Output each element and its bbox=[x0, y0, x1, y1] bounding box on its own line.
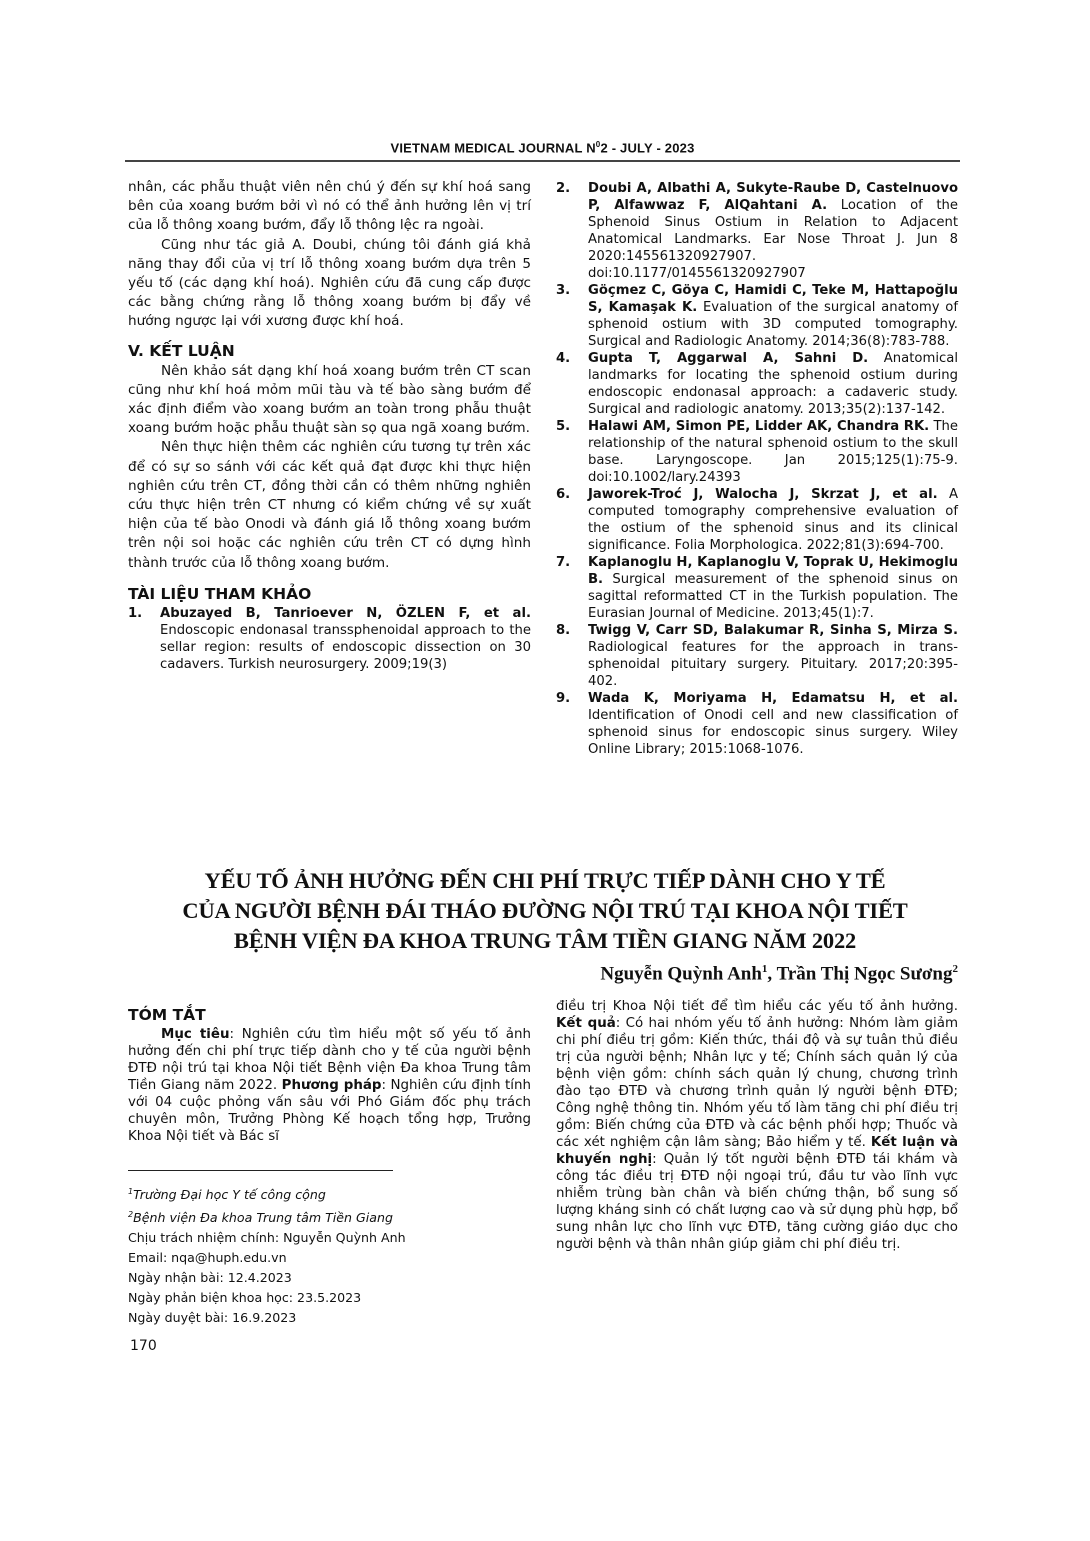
article-title: YẾU TỐ ẢNH HƯỞNG ĐẾN CHI PHÍ TRỰC TIẾP D… bbox=[150, 866, 940, 956]
reference-item: 9. Wada K, Moriyama H, Edamatsu H, et al… bbox=[556, 690, 958, 758]
responsible-author: Chịu trách nhiệm chính: Nguyễn Quỳnh Anh bbox=[128, 1228, 531, 1248]
left-column: nhân, các phẫu thuật viên nên chú ý đến … bbox=[128, 178, 531, 673]
reference-item: 3. Göçmez C, Göya C, Hamidi C, Teke M, H… bbox=[556, 282, 958, 350]
footnotes: 1Trường Đại học Y tế công cộng 2Bệnh việ… bbox=[128, 1182, 531, 1328]
section-title-conclusion: V. KẾT LUẬN bbox=[128, 340, 531, 362]
reference-item: 2. Doubi A, Albathi A, Sukyte-Raube D, C… bbox=[556, 180, 958, 282]
reference-item: 4. Gupta T, Aggarwal A, Sahni D. Anatomi… bbox=[556, 350, 958, 418]
conclusion-paragraph-1: Nên khảo sát dạng khí hoá xoang bướm trê… bbox=[128, 362, 531, 439]
reference-authors: Jaworek-Troć J, Walocha J, Skrzat J, et … bbox=[588, 487, 938, 502]
email: Email: nqa@huph.edu.vn bbox=[128, 1248, 531, 1268]
date-reviewed: Ngày phản biện khoa học: 23.5.2023 bbox=[128, 1288, 531, 1308]
reference-authors: Halawi AM, Simon PE, Lidder AK, Chandra … bbox=[588, 419, 929, 434]
reference-text: Endoscopic endonasal transsphenoidal app… bbox=[160, 623, 531, 672]
journal-name: VIETNAM MEDICAL JOURNAL N bbox=[390, 140, 595, 155]
date-received: Ngày nhận bài: 12.4.2023 bbox=[128, 1268, 531, 1288]
author-1: Nguyễn Quỳnh Anh bbox=[600, 963, 762, 984]
reference-item: 6. Jaworek-Troć J, Walocha J, Skrzat J, … bbox=[556, 486, 958, 554]
references-list: 2. Doubi A, Albathi A, Sukyte-Raube D, C… bbox=[556, 180, 958, 758]
reference-text: Surgical measurement of the sphenoid sin… bbox=[588, 572, 958, 621]
paragraph-doubi: Cũng như tác giả A. Doubi, chúng tôi đán… bbox=[128, 236, 531, 332]
reference-item: 1. Abuzayed B, Tanrioever N, ÖZLEN F, et… bbox=[128, 605, 531, 673]
article-title-line-2: CỦA NGƯỜI BỆNH ĐÁI THÁO ĐƯỜNG NỘI TRÚ TẠ… bbox=[150, 896, 940, 926]
abstract-title: TÓM TẮT bbox=[128, 1004, 531, 1026]
date-accepted: Ngày duyệt bài: 16.9.2023 bbox=[128, 1308, 531, 1328]
reference-text: Identification of Onodi cell and new cla… bbox=[588, 708, 958, 757]
abstract-paragraph: Mục tiêu: Nghiên cứu tìm hiểu một số yếu… bbox=[128, 1026, 531, 1145]
abstract-left: TÓM TẮT Mục tiêu: Nghiên cứu tìm hiểu mộ… bbox=[128, 1004, 531, 1145]
article-title-line-3: BỆNH VIỆN ĐA KHOA TRUNG TÂM TIỀN GIANG N… bbox=[150, 926, 940, 956]
article-title-line-1: YẾU TỐ ẢNH HƯỞNG ĐẾN CHI PHÍ TRỰC TIẾP D… bbox=[150, 866, 940, 896]
reference-text: Radiological features for the approach i… bbox=[588, 640, 958, 689]
journal-header: VIETNAM MEDICAL JOURNAL N02 - JULY - 202… bbox=[125, 140, 960, 162]
conclusion-paragraph-2: Nên thực hiện thêm các nghiên cứu tương … bbox=[128, 438, 531, 572]
affiliation-1: 1Trường Đại học Y tế công cộng bbox=[128, 1182, 531, 1205]
page-number: 170 bbox=[130, 1338, 157, 1354]
affiliation-2: 2Bệnh viện Đa khoa Trung tâm Tiền Giang bbox=[128, 1205, 531, 1228]
abstract-right: điều trị Khoa Nội tiết để tìm hiểu các y… bbox=[556, 998, 958, 1253]
author-line: Nguyễn Quỳnh Anh1, Trần Thị Ngọc Sương2 bbox=[600, 963, 958, 985]
section-title-references: TÀI LIỆU THAM KHẢO bbox=[128, 583, 531, 605]
reference-authors: Abuzayed B, Tanrioever N, ÖZLEN F, et al… bbox=[160, 606, 531, 621]
reference-item: 7. Kaplanoglu H, Kaplanoglu V, Toprak U,… bbox=[556, 554, 958, 622]
reference-authors: Twigg V, Carr SD, Balakumar R, Sinha S, … bbox=[588, 623, 958, 638]
paragraph-continued: nhân, các phẫu thuật viên nên chú ý đến … bbox=[128, 178, 531, 236]
reference-authors: Wada K, Moriyama H, Edamatsu H, et al. bbox=[588, 691, 958, 706]
method-label: Phương pháp bbox=[282, 1078, 382, 1093]
reference-item: 5. Halawi AM, Simon PE, Lidder AK, Chand… bbox=[556, 418, 958, 486]
reference-authors: Gupta T, Aggarwal A, Sahni D. bbox=[588, 351, 868, 366]
author-2: Trần Thị Ngọc Sương bbox=[777, 963, 953, 984]
objective-label: Mục tiêu bbox=[161, 1027, 230, 1042]
abstract-paragraph-continued: điều trị Khoa Nội tiết để tìm hiểu các y… bbox=[556, 998, 958, 1253]
result-label: Kết quả bbox=[556, 1016, 616, 1031]
reference-item: 8. Twigg V, Carr SD, Balakumar R, Sinha … bbox=[556, 622, 958, 690]
footnote-divider bbox=[128, 1170, 393, 1171]
journal-issue: 2 - JULY - 2023 bbox=[600, 140, 694, 155]
